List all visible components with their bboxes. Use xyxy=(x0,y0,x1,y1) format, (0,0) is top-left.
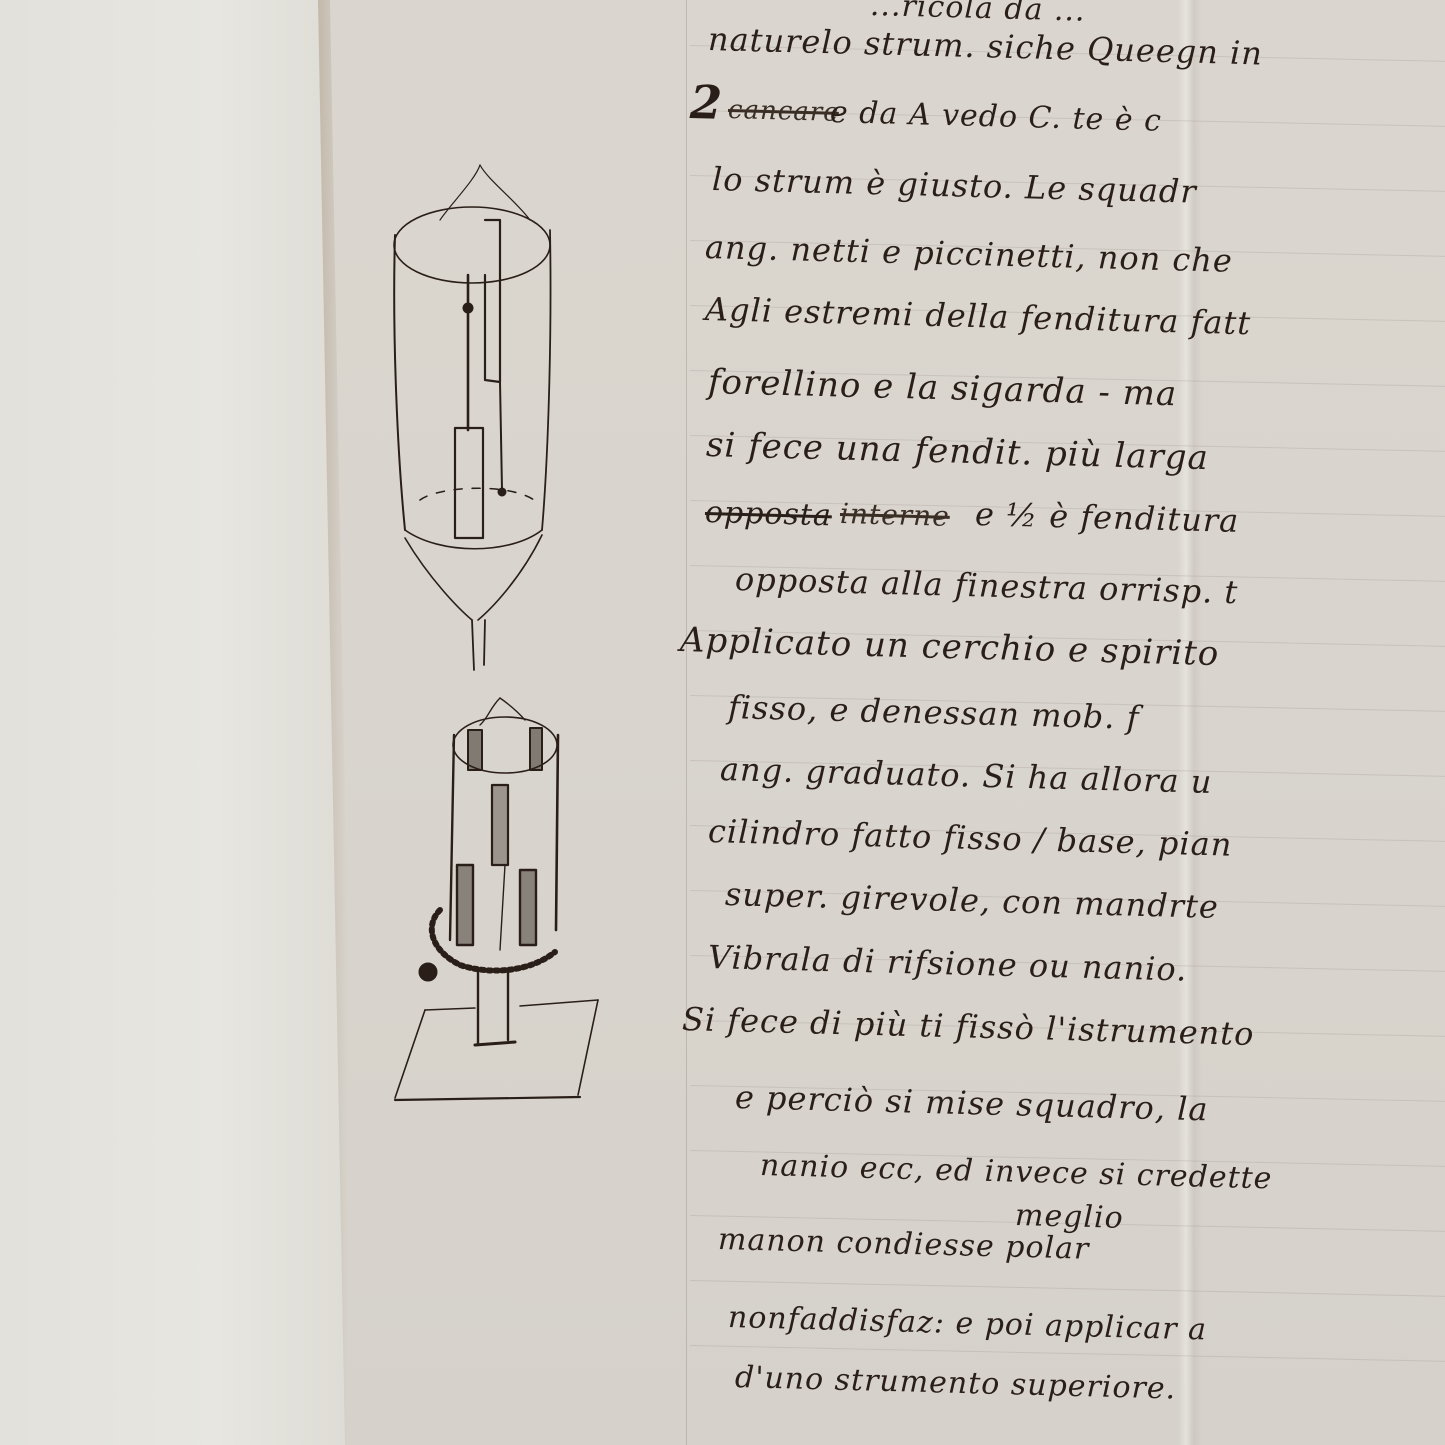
sketch-slotted-cylinder-on-stand xyxy=(380,690,610,1110)
text-struck-word: cancarc xyxy=(728,95,840,128)
text-struck-word: opposta xyxy=(705,495,833,533)
sketch-glass-cylinder xyxy=(380,160,570,680)
text-struck-word: interne xyxy=(840,497,951,533)
margin-rule xyxy=(686,0,687,1445)
text-annotation-numeral: 2 xyxy=(689,75,723,130)
facing-blank-page xyxy=(0,0,360,1445)
fold-crease xyxy=(1178,0,1202,1445)
text-line: e ½ è fenditura xyxy=(975,495,1240,540)
